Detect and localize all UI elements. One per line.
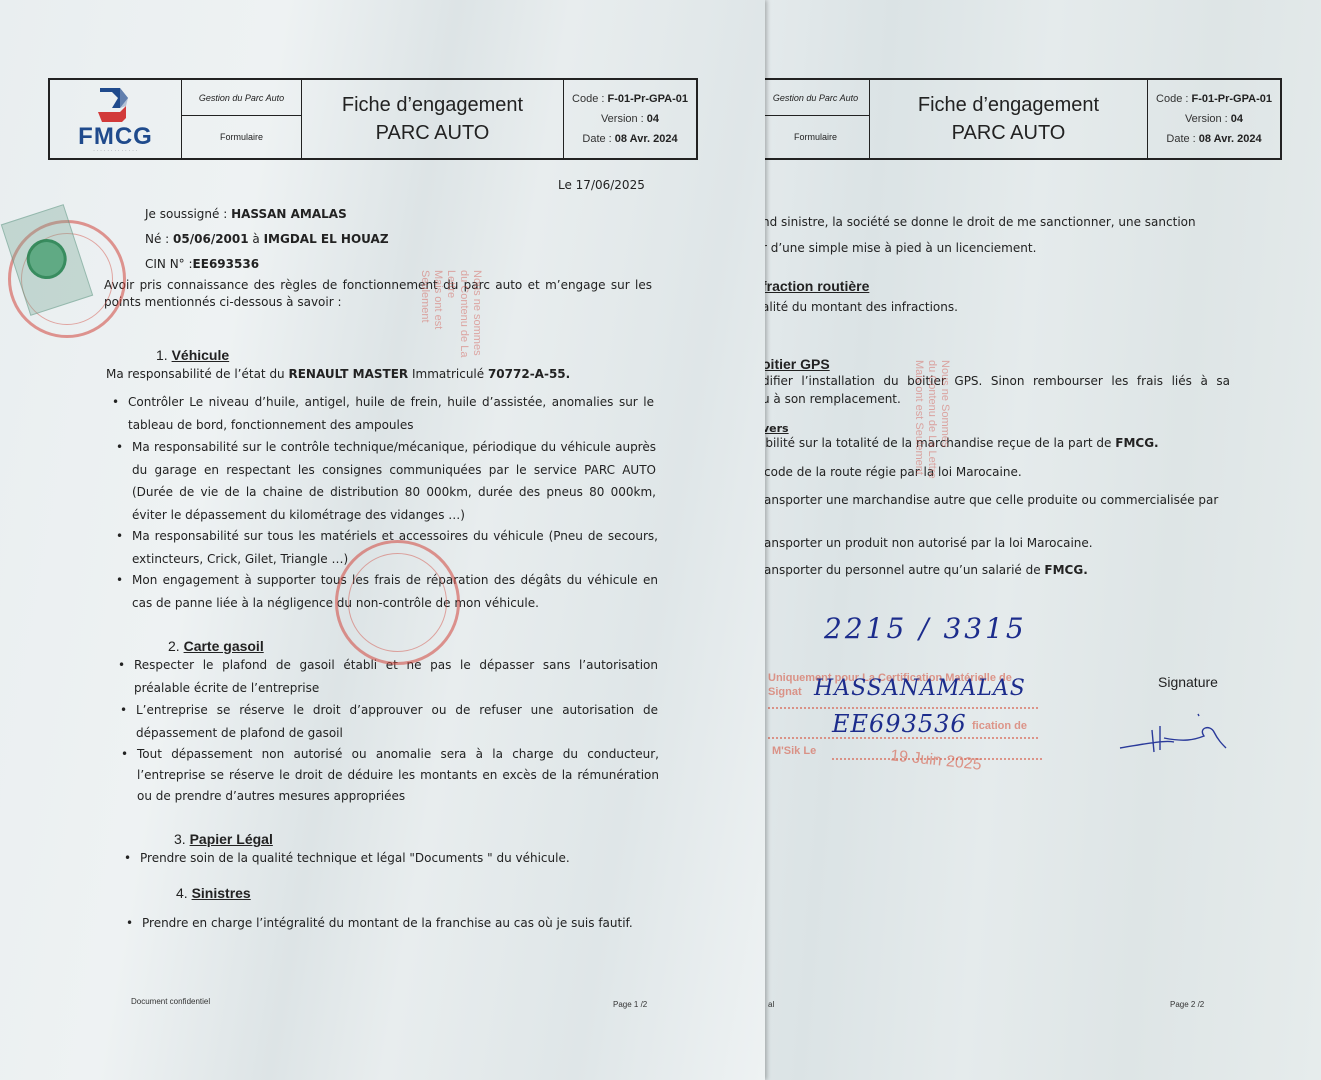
gps-line-2: u à son remplacement. — [762, 388, 901, 410]
doc-type-label: Formulaire — [762, 116, 869, 158]
signature-scribble-icon — [1114, 700, 1234, 760]
footer-confidential: Document confidentiel — [131, 997, 210, 1006]
doc-type-label: Formulaire — [182, 116, 301, 158]
cin-value: EE693536 — [193, 257, 260, 271]
vehicle-model: RENAULT MASTER — [288, 367, 408, 381]
title-line-2: PARC AUTO — [952, 119, 1066, 147]
divers-line-4: ansporter un produit non autorisé par la… — [764, 532, 1093, 554]
title-line-1: Fiche d’engagement — [342, 91, 523, 119]
page-number: Page 1 /2 — [613, 1000, 647, 1009]
vehicle-bullet-2: Ma responsabilité sur le contrôle techni… — [132, 436, 656, 526]
sanction-line-1: nd sinistre, la société se donne le droi… — [762, 211, 1196, 233]
date-row: Date : 08 Avr. 2024 — [582, 129, 677, 149]
department-label: Gestion du Parc Auto — [182, 80, 301, 116]
title-line-1: Fiche d’engagement — [918, 91, 1099, 119]
section-sinistres-title: 4. Sinistres — [176, 885, 251, 901]
section-papier-legal-title: 3. Papier Légal — [174, 831, 273, 847]
code-row: Code : F-01-Pr-GPA-01 — [1156, 89, 1272, 109]
undersigned-row: Je soussigné : HASSAN AMALAS — [145, 203, 347, 225]
meta-cell: Gestion du Parc Auto Formulaire — [762, 80, 870, 158]
stamp-dotted-line — [768, 707, 1038, 709]
star-seal-icon — [21, 234, 71, 284]
date-row: Date : 08 Avr. 2024 — [1166, 129, 1261, 149]
meta-cell: Gestion du Parc Auto Formulaire — [182, 80, 302, 158]
gasoil-bullet-2: L’entreprise se réserve le droit d’appro… — [136, 699, 658, 744]
handwritten-register-number: 2215 / 3315 — [824, 612, 1027, 645]
version-row: Version : 04 — [601, 109, 659, 129]
vertical-stamp-text: Nous ne Sommesdu Contenu de La LettreMai… — [912, 360, 951, 520]
document-page-2: Gestion du Parc Auto Formulaire Fiche d’… — [762, 0, 1321, 1080]
code-row: Code : F-01-Pr-GPA-01 — [572, 89, 688, 109]
page-number: Page 2 /2 — [1170, 1000, 1204, 1009]
footer-confidential: al — [768, 1000, 774, 1009]
intro-paragraph: Avoir pris connaissance des règles de fo… — [104, 277, 652, 311]
handwritten-name: HASSANAMALAS — [814, 676, 1026, 701]
form-title: Fiche d’engagement PARC AUTO — [870, 80, 1148, 158]
infraction-text: alité du montant des infractions. — [762, 296, 958, 318]
document-page-1: FMCG · · · · · · · · · · · · · Gestion d… — [0, 0, 765, 1080]
sanction-line-2: r d’une simple mise à pied à un licencie… — [762, 237, 1036, 259]
vehicle-plate: 70772-A-55. — [488, 367, 570, 381]
section-vehicule-title: 1. Véhicule — [156, 347, 229, 363]
divers-line-1: ibilité sur la totalité de la marchandis… — [762, 432, 1159, 454]
born-row: Né : 05/06/2001 à IMGDAL EL HOUAZ — [145, 228, 389, 250]
code-cell: Code : F-01-Pr-GPA-01 Version : 04 Date … — [564, 80, 696, 158]
signature-label: Signature — [1158, 671, 1218, 693]
version-row: Version : 04 — [1185, 109, 1243, 129]
divers-line-2: code de la route régie par la loi Maroca… — [764, 461, 1022, 483]
legalization-stamp-line-3: fication de — [972, 720, 1027, 732]
form-title: Fiche d’engagement PARC AUTO — [302, 80, 564, 158]
vehicle-bullet-1: Contrôler Le niveau d’huile, antigel, hu… — [128, 391, 654, 436]
fmcg-logo-icon — [94, 86, 138, 126]
vertical-stamp-text: Nous ne sommesdu Contenu de La LettreMai… — [418, 270, 483, 370]
undersigned-name: HASSAN AMALAS — [231, 207, 347, 221]
logo-cell: FMCG · · · · · · · · · · · · · — [50, 80, 182, 158]
document-date: Le 17/06/2025 — [558, 174, 645, 196]
form-header-page-2: Gestion du Parc Auto Formulaire Fiche d’… — [762, 78, 1282, 160]
legalization-stamp-line-2: Signat — [768, 686, 802, 698]
divers-line-3: ansporter une marchandise autre que cell… — [764, 489, 1218, 511]
legalization-stamp-date: 19 Juin 2025 — [889, 747, 982, 774]
form-header: FMCG · · · · · · · · · · · · · Gestion d… — [48, 78, 698, 160]
section-infraction-title: fraction routière — [762, 278, 869, 294]
papier-bullet-1: Prendre soin de la qualité technique et … — [140, 847, 670, 870]
department-label: Gestion du Parc Auto — [762, 80, 869, 116]
logo-tagline: · · · · · · · · · · · · · — [93, 148, 137, 153]
vehicle-responsibility: Ma responsabilité de l’état du RENAULT M… — [106, 363, 570, 385]
logo-text: FMCG — [78, 126, 153, 148]
handwritten-cin: EE693536 — [832, 710, 967, 738]
title-line-2: PARC AUTO — [376, 119, 490, 147]
gasoil-bullet-3: Tout dépassement non autorisé ou anomali… — [137, 744, 659, 807]
divers-line-5: ansporter du personnel autre qu’un salar… — [764, 559, 1088, 581]
legalization-stamp-place: M'Sik Le — [772, 745, 816, 757]
section-carte-gasoil-title: 2. Carte gasoil — [168, 638, 264, 654]
cin-row: CIN N° :EE693536 — [145, 253, 259, 275]
code-cell: Code : F-01-Pr-GPA-01 Version : 04 Date … — [1148, 80, 1280, 158]
sinistres-bullet-1: Prendre en charge l’intégralité du monta… — [142, 912, 672, 935]
